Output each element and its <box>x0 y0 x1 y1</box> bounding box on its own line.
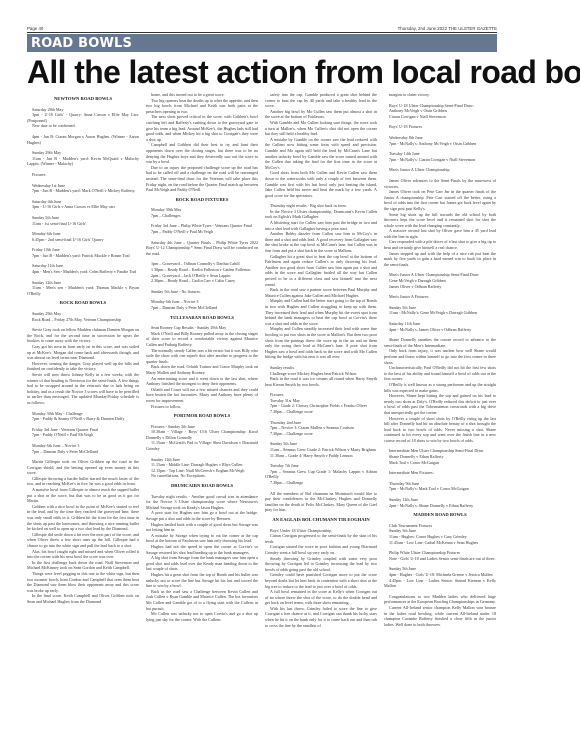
section-title: ROAD BOWLS <box>31 36 132 51</box>
paragraph: Saturday 4th June – Quarter Finals – Phi… <box>146 240 258 257</box>
paragraph: Back in the road saw a Challenge between… <box>146 589 258 611</box>
paragraph: 7pm – Damian Daly v Peter McClelland <box>146 305 258 311</box>
paragraph: No cancellations. No Exceptions. <box>146 473 258 479</box>
paragraph: A mistake by Gamble on the corner saw th… <box>265 137 377 171</box>
paragraph: Ciaran Corrigan progressed to the semi-f… <box>265 533 377 544</box>
paragraph: A full bowl remained in the score at Kel… <box>265 589 377 606</box>
headline: All the latest action from local road bo… <box>27 55 488 89</box>
paragraph: However, Shane kept hitting the sop and … <box>384 393 496 415</box>
paragraph: In the final score, Keith Campbell and O… <box>27 593 139 604</box>
paragraph: 11.30am – Grade 4: Harry Smyth v Paddy L… <box>265 453 377 459</box>
paragraph: 7pm - Jun B - Madden's yard: Mark O'Neil… <box>27 188 139 194</box>
paragraph: All the members of Bol chumann na Mointe… <box>265 491 377 513</box>
paragraph: Gillespie throwing a harder bullet start… <box>27 476 139 487</box>
paragraph: James Oliver v Odhran Rafferty <box>384 284 496 290</box>
paragraph: Another big bowl by Mo Cullen saw them p… <box>265 109 377 120</box>
paragraph: James Oliver took on Pete Carr Jnr in th… <box>384 189 496 211</box>
paragraph: 7.30pm – Challenge score <box>265 409 377 415</box>
paragraph: Congratulations to two Madden ladies who… <box>384 594 496 605</box>
paragraph: 11am - Jun B - Madden's yard: Kevin McQu… <box>27 156 139 167</box>
subheading: AN EAGLAIS BOL CHUMANN TIR EOGHAIN <box>265 517 377 523</box>
paragraph: 6.45pm - 2nd semi-final U-16 Girls' Quar… <box>27 237 139 243</box>
paragraph: Intermediate Men Fixtures: <box>384 470 496 476</box>
paragraph: Fixtures to follow. <box>146 404 258 410</box>
paragraph: Carr responded with a pile driver of a l… <box>384 239 496 250</box>
paragraph: With Gamble and Mo Cullen looking sure t… <box>265 120 377 137</box>
paragraph: A blistering start for Cullen saw him pa… <box>265 220 377 231</box>
paragraph: 7pm – Damian Daly v Peter McClelland <box>27 449 139 455</box>
paragraph: Current All-Ireland senior champion Kell… <box>384 605 496 627</box>
column-3: safety into the cap, Gamble produced a g… <box>265 92 377 628</box>
paragraph: The next shots proved critical in the sc… <box>146 114 258 142</box>
paragraph: Rock Road – Friday 27th May, Veteran Cha… <box>27 317 139 323</box>
paragraph: Steady throwing by Grimley coupled with … <box>265 556 377 573</box>
paragraph: Two big openers beat the deaths up to wh… <box>146 98 258 115</box>
article-columns: NEWTOWN ROAD BOWLSSaturday 28th May3pm -… <box>27 92 497 628</box>
paragraph: 11.45am - Low Line: Cathal McKenna v Sea… <box>384 540 496 546</box>
paragraph: Note - Girls' U-18 and Ladies Senior sem… <box>384 556 496 562</box>
subheading: NEWTOWN ROAD BOWLS <box>27 96 139 102</box>
dateline: Thursday, 2nd June 2022 THE ULSTER GAZET… <box>398 26 497 31</box>
paragraph: Back in the road it was ice creams all r… <box>265 376 377 387</box>
paragraph: 10.30am - Village - Boys' U16 Ulster Cha… <box>146 429 258 440</box>
paragraph: However a couple of short shots by O'Rei… <box>384 416 496 444</box>
paragraph: 7pm - Jun B - Madden's yard: Patrick Mac… <box>27 253 139 259</box>
paragraph: A mistake by Savage when trying to cut t… <box>146 533 258 544</box>
paragraph: Men's Junior A Ulster Championship <box>384 167 496 173</box>
paragraph: 1.30pm – Ready Road – Keelin Fullerton v… <box>146 267 258 273</box>
paragraph: 11am – Seamus Grew Grade 2: Patrick Wils… <box>265 447 377 453</box>
paragraph: A massive second last shot by Oliver gav… <box>384 228 496 239</box>
paragraph: 3pm - U-16 Girls v Anna Carson vs Ellie … <box>27 204 139 210</box>
subheading: ROCK ROAD BOWLS <box>27 300 139 306</box>
paragraph: The normally steady Callen was a bit err… <box>146 348 258 365</box>
paragraph: Good shots from both Mo Cullen and Kevin… <box>265 170 377 198</box>
paragraph: Only back from injury, it was unclear ho… <box>384 348 496 365</box>
paragraph: 4pm - Hughes - Girls' U-18: Michaela Gre… <box>384 572 496 578</box>
paragraph: Things were level pegging in this one to… <box>27 571 139 593</box>
paragraph: Stevie Gray took on fellow Madden clubma… <box>27 327 139 344</box>
paragraph: 7pm - Paddy O'Neill v Paul McVeigh <box>27 432 139 438</box>
paragraph: 11am - 1st semi-final U-16 Girls' <box>27 221 139 227</box>
paragraph: Due to an injury the proposed challenge … <box>146 165 258 193</box>
paragraph: Gray got his nose in front early on in t… <box>27 344 139 361</box>
paragraph: O'Reilly is well known as a strong perfo… <box>384 382 496 393</box>
paragraph: Gallagher hit a great shot to beat the c… <box>265 254 377 288</box>
paragraph: Fixtures <box>27 172 139 178</box>
paragraph: 7.30pm – Challenge score <box>265 431 377 437</box>
paragraph: Murphy and Cullen had the better start g… <box>265 298 377 326</box>
paragraph: Martin Gillespie took on Oliver Gribben … <box>27 459 139 476</box>
paragraph: 4.45pm - Low Line - Ladies Senior: Sinea… <box>384 578 496 589</box>
paragraph: Campbell and Gribben did their best to t… <box>146 142 258 164</box>
paragraph: New date to be confirmed. <box>27 123 139 129</box>
paragraph: 7pm - Paddy & Seamy O'Neill v Barry & Da… <box>27 416 139 422</box>
newspaper-page: Page 40 Thursday, 2nd June 2022 THE ULST… <box>27 26 497 628</box>
paragraph: Murphy and Cullen steadily increased the… <box>265 326 377 360</box>
paragraph: However, sensing the danger, Gray played… <box>27 361 139 372</box>
paragraph: Hughes had not the speed to open the cor… <box>146 544 258 555</box>
paragraph: Back down the road, Orlaith Trainor and … <box>146 364 258 375</box>
paragraph: 2.30pm – Ready Road – Caolin Carr v Cahi… <box>146 278 258 284</box>
column-2: home, and this turned out to be a great … <box>146 92 258 628</box>
paragraph: Boys' U-18 Fixtures <box>384 124 496 130</box>
paragraph: 11am - McNally's: Gene McVeigh v Darragh… <box>384 310 496 316</box>
paragraph: Hughes hit a great shot from the top of … <box>146 572 258 589</box>
paragraph: Stevie will now throw Johnny Kelly in a … <box>27 372 139 406</box>
paragraph: James Oliver advances to the Semi-Finals… <box>384 178 496 189</box>
paragraph: 3pm - U-16 Girls' - Quarry: Anna Carson … <box>27 112 139 123</box>
paragraph: A poor start for Hughes saw him go a bow… <box>146 510 258 521</box>
paragraph: Alas, his bowl caught right and missed a… <box>27 549 139 560</box>
paragraph: 11am - Men's sen - Madden's yard: Thomas… <box>27 285 139 296</box>
paragraph: Shane Donnelly smashes the course record… <box>384 337 496 348</box>
subheading: MADDEN ROAD BOWLS <box>384 512 496 518</box>
paragraph: Hughes battled back with a couple of goo… <box>146 522 258 533</box>
paragraph: Another Bobby dazzler from Cullen saw hi… <box>265 231 377 253</box>
page-header: Page 40 Thursday, 2nd June 2022 THE ULST… <box>27 26 497 33</box>
paragraph: 7pm - McNally's: Mark Toal v Conor McGui… <box>384 486 496 492</box>
paragraph: With his last throw, Grimley failed to s… <box>265 606 377 628</box>
paragraph: 7pm – Seamus Grew Cup Grade 1: Malachy L… <box>265 469 377 480</box>
subheading: TULLYSARAN ROAD BOWLS <box>146 315 258 321</box>
paragraph: 4pm - Men's Sen - Madden's yard: Colm Ra… <box>27 269 139 275</box>
paragraph: 7pm - McNally's: Anthony McVeigh v Oisin… <box>384 141 496 147</box>
paragraph: 11.15am - McGrath's Pad to Village: Shea… <box>146 440 258 451</box>
paragraph: margins to claim victory. <box>384 92 496 98</box>
paragraph: In the Novice 3 Ulster championship, Dru… <box>265 209 377 220</box>
paragraph: Mark O'Neill and Billy Rooney pulled awa… <box>146 331 258 348</box>
paragraph: A big shot from Savage from the bank man… <box>146 555 258 572</box>
paragraph: safety into the cap, Gamble produced a g… <box>265 92 377 109</box>
paragraph: Mark Toal v Conor McGuigan <box>384 460 496 466</box>
paragraph: Tuesday night results - Another good cro… <box>146 494 258 511</box>
paragraph: 7pm – Challenges <box>146 213 258 219</box>
paragraph: 7.30pm – Challenge <box>265 480 377 486</box>
paragraph: Orlaith and Conor will rue a few missed … <box>146 387 258 404</box>
paragraph: Men's Junior A Fixtures: <box>384 294 496 300</box>
subheading: ROCK ROAD FIXTURES <box>146 197 258 203</box>
paragraph: Some big shots up the hill towards the o… <box>384 212 496 229</box>
subheading: DRUMCAIRN ROAD BOWLS <box>146 483 258 489</box>
subheading: PORTMOR ROAD BOWLS <box>146 413 258 419</box>
paragraph: 4pm - Jun B: Ciaran Morgan v Aaron Hughe… <box>27 134 139 145</box>
paragraph: Grimley could have punished Corrigan mor… <box>265 572 377 589</box>
paragraph: Ciaran Corrigan v Niall Stevenson <box>384 114 496 120</box>
paragraph: 7pm – Paddy O'Neill v Paul McVeigh <box>146 229 258 235</box>
paragraph: Sunday 5th June - No fixtures. <box>146 289 258 295</box>
paragraph: Uncharacteristically, Paul O'Reilly did … <box>384 365 496 382</box>
paragraph: Mo Cullen was unlucky not to open Corvin… <box>146 611 258 622</box>
paragraph: Corrigan started the score in poor fashi… <box>265 544 377 555</box>
paragraph: 2pm - McNally's: Shane Donnelly v Ethan … <box>384 503 496 509</box>
paragraph: Gillespie did settle down a bit over the… <box>27 532 139 549</box>
paragraph: In the first challenge back down the roa… <box>27 560 139 571</box>
column-4: margins to claim victory.Boys' U-18 Ulst… <box>384 92 496 628</box>
paragraph: Back in the road saw a partner score bet… <box>265 287 377 298</box>
paragraph: An entertaining score and it went down t… <box>146 376 258 387</box>
paragraph: James stepped up and with the help of a … <box>384 251 496 268</box>
paragraph: A massive bowl from Gillespie to almost … <box>27 487 139 504</box>
paragraph: 4pm - McNally's: James Oliver v Odhran R… <box>384 327 496 333</box>
column-1: NEWTOWN ROAD BOWLSSaturday 28th May3pm -… <box>27 92 139 628</box>
page-number: Page 40 <box>27 26 43 31</box>
paragraph: 7pm - McNally's: Ciaran Corrigan v Niall… <box>384 157 496 163</box>
section-banner: ROAD BOWLS <box>27 34 497 52</box>
paragraph: Gribben with a nice bowl to the point of… <box>27 504 139 532</box>
